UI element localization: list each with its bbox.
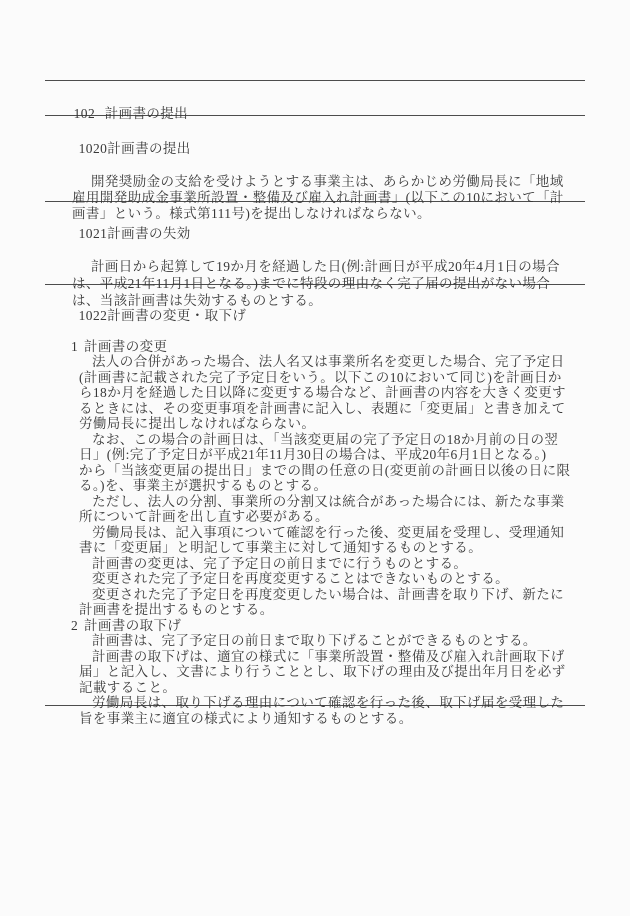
text-line: なお、この場合の計画日は、「当該変更届の完了予定日の18か月前の日の翌 (45, 432, 585, 448)
subsection-title: 計画書の取下げ (84, 618, 181, 633)
text-line: は、平成21年11月1日となる。)までに特段の理由なく完了届の提出がない場合 (45, 276, 585, 293)
text-line: (計画書に記載された完了予定日をいう。以下この10において同じ)を計画日か (45, 370, 585, 386)
text-line: 書に「変更届」と明記して事業主に対して通知するものとする。 (45, 540, 585, 556)
text-line: 届」と記入し、文書により行うこととし、取下げの理由及び提出年月日を必ず (45, 664, 585, 680)
text-line: 法人の合併があった場合、法人名又は事業所名を変更した場合、完了予定日 (45, 354, 585, 370)
text-line: 計画書の取下げは、適宜の様式に「事業所設置・整備及び雇入れ計画取下げ (45, 649, 585, 665)
section-number: 1021 (79, 226, 108, 243)
section-title: 計画書の失効 (107, 226, 190, 241)
section-title: 計画書の変更・取下げ (107, 308, 246, 323)
subsection-heading: 1計画書の変更 (45, 339, 585, 355)
text-line: 労働局長は、取り下げる理由について確認を行った後、取下げ届を受理した (45, 695, 585, 711)
text-line: 変更された完了予定日を再度変更したい場合は、計画書を取り下げ、新たに (45, 587, 585, 603)
text-line: 計画書を提出するものとする。 (45, 602, 585, 618)
text-line: 計画日から起算して19か月を経過した日(例:計画日が平成20年4月1日の場合 (45, 259, 585, 276)
text-line: る。)を、事業主が選択するものとする。 (45, 478, 585, 494)
section-number: 1020 (79, 141, 108, 157)
text-line: 変更された完了予定日を再度変更することはできないものとする。 (45, 571, 585, 587)
document-page: 102計画書の提出 1020計画書の提出 開発奨励金の支給を受けようとする事業主… (0, 0, 630, 916)
text-line: 計画書の変更は、完了予定日の前日までに行うものとする。 (45, 556, 585, 572)
section-heading: 1021計画書の失効 (45, 209, 585, 259)
section-number: 1022 (79, 308, 108, 324)
section-body: 1計画書の変更法人の合併があった場合、法人名又は事業所名を変更した場合、完了予定… (45, 339, 585, 727)
section-1022: 1022計画書の変更・取下げ 1計画書の変更法人の合併があった場合、法人名又は事… (45, 292, 585, 726)
text-line: 計画書は、完了予定日の前日まで取り下げることができるものとする。 (45, 633, 585, 649)
text-line: ら18か月を経過した日以降に変更する場合など、計画書の内容を大きく変更す (45, 385, 585, 401)
text-line: 労働局長は、記入事項について確認を行った後、変更届を受理し、受理通知 (45, 525, 585, 541)
text-line: 労働局長に提出しなければならない。 (45, 416, 585, 432)
subsection-number: 1 (71, 339, 84, 355)
text-line: 記載すること。 (45, 680, 585, 696)
horizontal-rule-top (45, 80, 585, 81)
section-heading: 1022計画書の変更・取下げ (45, 292, 585, 339)
text-line: から「当該変更届の提出日」までの間の任意の日(変更前の計画日以後の日に限 (45, 463, 585, 479)
chapter-title: 計画書の提出 (105, 106, 188, 121)
subsection-title: 計画書の変更 (84, 339, 167, 354)
subsection-heading: 2計画書の取下げ (45, 618, 585, 634)
text-line: 雇用開発助成金事業所設置・整備及び雇入れ計画書」(以下この10において「計 (45, 190, 585, 206)
text-line: 開発奨励金の支給を受けようとする事業主は、あらかじめ労働局長に「地域 (45, 174, 585, 190)
section-title: 計画書の提出 (107, 141, 190, 156)
subsection-number: 2 (71, 618, 84, 634)
text-line: 日」(例:完了予定日が平成21年11月30日の場合は、平成20年6月1日となる。… (45, 447, 585, 463)
text-line: るときには、その変更事項を計画書に記入し、表題に「変更届」と書き加えて (45, 401, 585, 417)
section-heading: 1020計画書の提出 (45, 125, 585, 174)
text-line: ただし、法人の分割、事業所の分割又は統合があった場合には、新たな事業 (45, 494, 585, 510)
text-line: 旨を事業主に適宜の様式により通知するものとする。 (45, 711, 585, 727)
text-line: 所について計画を出し直す必要がある。 (45, 509, 585, 525)
chapter-number: 102 (74, 105, 105, 122)
